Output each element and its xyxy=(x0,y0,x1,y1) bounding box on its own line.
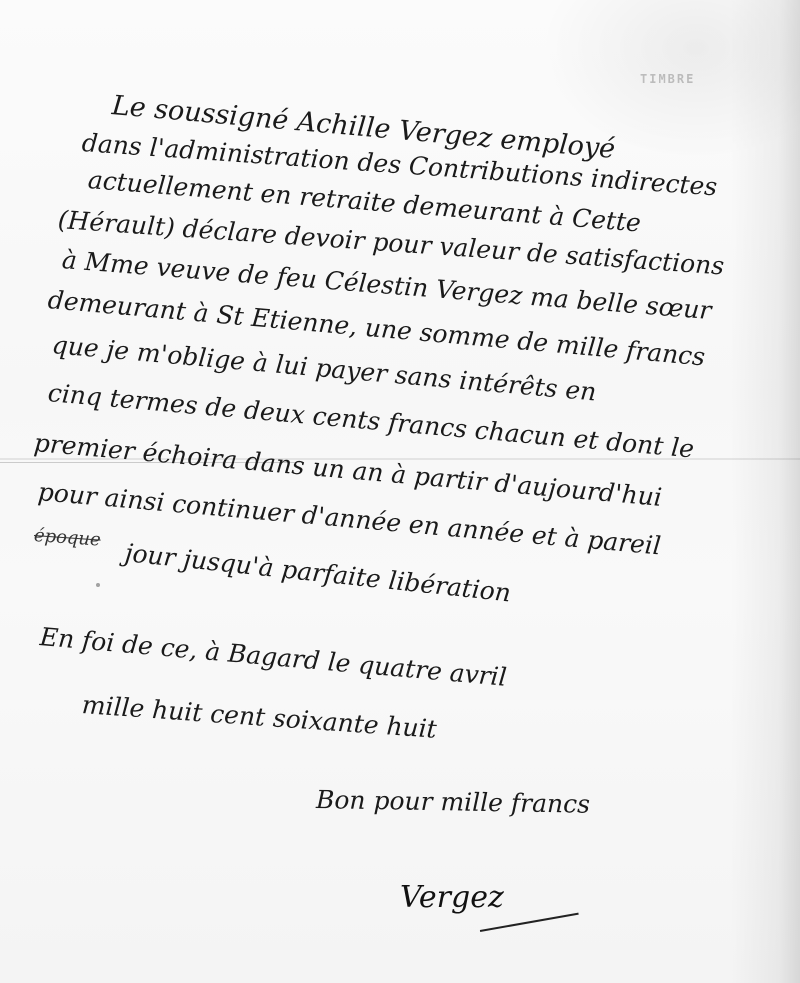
ink-dot xyxy=(96,583,100,587)
signature-flourish xyxy=(480,913,579,932)
faint-stamp: TIMBRE xyxy=(640,72,695,86)
signature: Vergez xyxy=(400,880,504,915)
text-line-12: En foi de ce, à Bagard le quatre avril xyxy=(39,622,508,692)
text-line-14: Bon pour mille francs xyxy=(316,785,590,819)
text-line-13: mille huit cent soixante huit xyxy=(81,690,438,744)
text-line-11: jour jusqu'à parfaite libération xyxy=(123,538,512,607)
struck-word: époque xyxy=(33,525,101,551)
document-page: TIMBRE Le soussigné Achille Vergez emplo… xyxy=(0,0,800,983)
